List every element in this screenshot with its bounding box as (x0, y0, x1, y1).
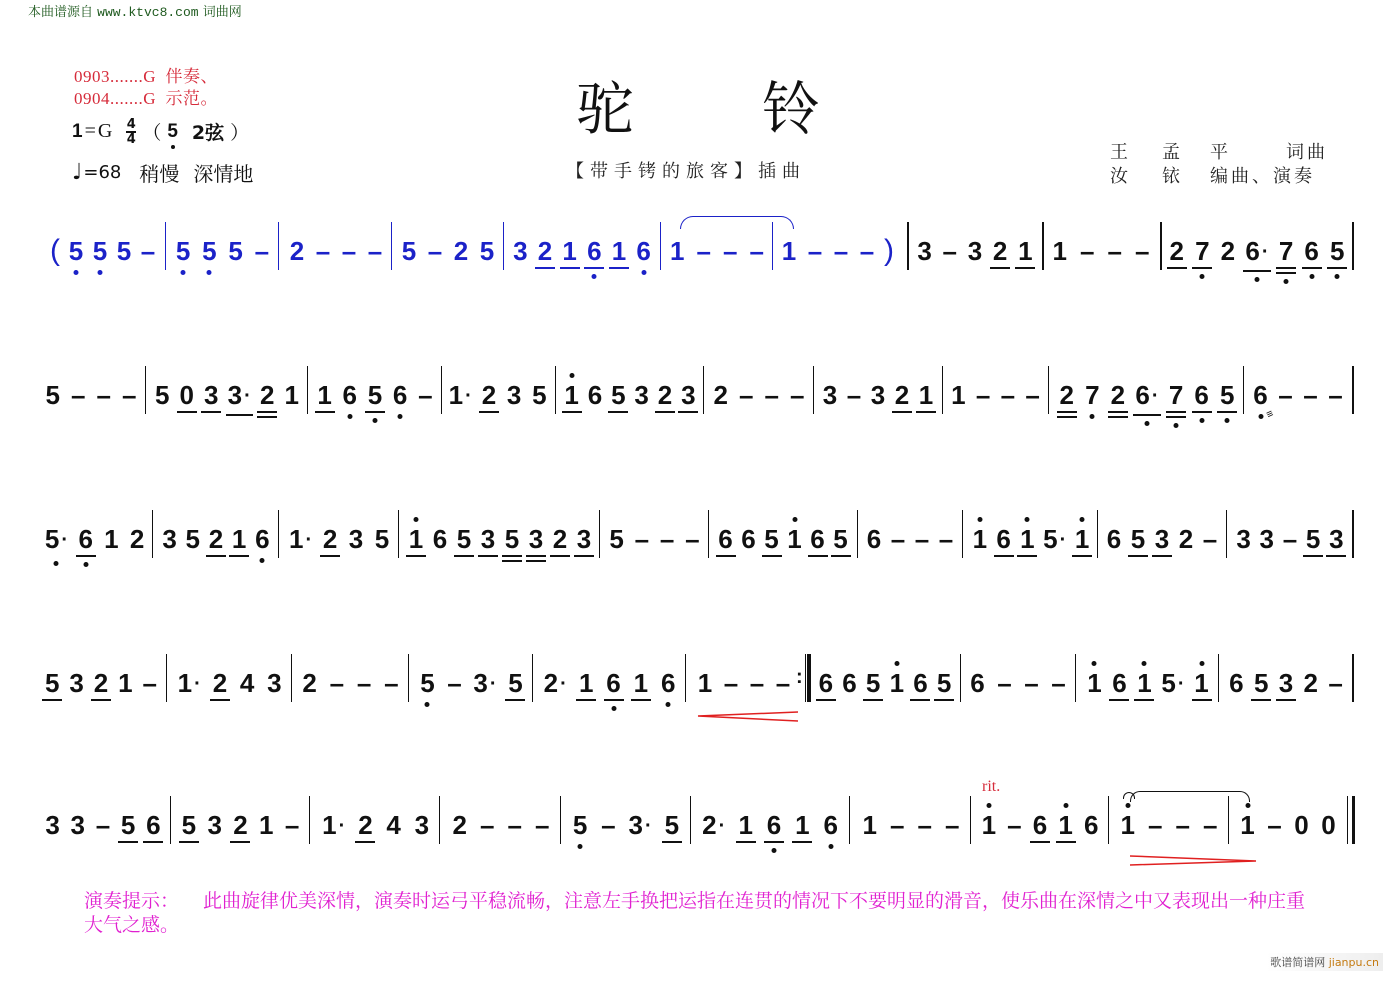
measure: 33–53 (1232, 524, 1348, 554)
underline-eighth (201, 411, 221, 413)
low-octave-dot (347, 414, 352, 419)
dash-extension: – (142, 668, 158, 698)
note: 3 (207, 810, 223, 840)
low-octave-dot (1254, 277, 1259, 282)
note: 6 (996, 524, 1012, 554)
low-octave-dot (54, 561, 59, 566)
measure: 1–616 (976, 810, 1104, 840)
note: 1 (972, 524, 988, 554)
low-octave-dot (74, 270, 79, 275)
augmentation-dot: · (194, 673, 201, 695)
note: 6 (841, 668, 857, 698)
watermark-name: 歌谱简谱网 (1270, 956, 1325, 969)
tempo-expression-2: 深情地 (193, 158, 253, 187)
barline (1048, 366, 1049, 414)
underline-sixteenth (1276, 272, 1296, 274)
dash-extension: – (696, 236, 712, 266)
measure: 555– (64, 236, 160, 266)
underline-eighth (355, 841, 375, 843)
note: 3 (1236, 524, 1252, 554)
note: 6 (970, 668, 986, 698)
dash-extension: – (1107, 236, 1123, 266)
source-attribution: 本曲谱源自 www.ktvc8.com 词曲网 (28, 1, 242, 20)
dash-extension: – (70, 380, 86, 410)
source-url[interactable]: www.ktvc8.com (97, 5, 198, 20)
tuning-open: （ (142, 118, 161, 145)
note: 2 (1110, 380, 1126, 410)
barline (1097, 510, 1098, 558)
high-octave-dot (894, 661, 899, 666)
underline-sixteenth (1108, 416, 1128, 418)
underline-eighth (91, 699, 111, 701)
underline-eighth (994, 555, 1014, 557)
note: 2· (544, 668, 567, 701)
underline-eighth (792, 841, 812, 843)
barline (408, 654, 409, 702)
note: 2 (894, 380, 910, 410)
note: 3 (45, 810, 61, 840)
note: 5 (228, 236, 244, 266)
measure: 35216 (158, 524, 274, 554)
page-title-char-1: 驼 (576, 62, 634, 146)
time-top: 4 (127, 118, 136, 131)
note: 1 (1052, 236, 1068, 266)
measure: 1––– (692, 668, 796, 698)
note: 3 (506, 380, 522, 410)
score-row: 555–555–2–––5–253216161–––1–––3–3211–––2… (0, 236, 1391, 316)
dash-extension: – (1267, 810, 1283, 840)
note: 1 (787, 524, 803, 554)
underline-eighth (1030, 841, 1050, 843)
note: 6 (823, 810, 839, 840)
barline (690, 796, 691, 844)
underline-eighth (550, 555, 570, 557)
low-octave-dot (1335, 274, 1340, 279)
measure: 6––– (862, 524, 958, 554)
note: 6 (741, 524, 757, 554)
measure: 2·1616 (696, 810, 845, 843)
tuning-high-string: 2弦 (192, 118, 224, 145)
note: 1 (738, 810, 754, 840)
high-octave-dot (1142, 661, 1147, 666)
high-octave-dot (1063, 803, 1068, 808)
underline-eighth (560, 267, 580, 269)
note: 5 (610, 380, 626, 410)
key-equals: = (85, 120, 96, 143)
low-octave-dot (578, 844, 583, 849)
underline-eighth (1108, 411, 1128, 413)
dash-extension: – (775, 668, 791, 698)
low-octave-dot (1090, 414, 1095, 419)
underline-eighth (320, 555, 340, 557)
barline (960, 654, 961, 702)
note: 2 (452, 810, 468, 840)
low-octave-dot (398, 414, 403, 419)
note: 5 (201, 236, 217, 266)
underline-eighth (315, 411, 335, 413)
barline (907, 222, 909, 270)
underline-eighth (230, 841, 250, 843)
measure: 2726·765 (1164, 236, 1350, 269)
underline-eighth (229, 555, 249, 557)
arranger-name-1: 汝 (1110, 162, 1128, 188)
note: 3 (528, 524, 544, 554)
underline-eighth (1015, 267, 1035, 269)
underline-eighth (604, 699, 624, 701)
high-octave-dot (1125, 803, 1130, 808)
watermark-domain[interactable]: jianpu.cn (1329, 956, 1379, 969)
note: 1 (1194, 668, 1210, 698)
lyricist-role: 词曲 (1286, 138, 1328, 164)
note: 5 (833, 524, 849, 554)
note: 1 (918, 380, 934, 410)
underline-eighth (716, 555, 736, 557)
low-octave-dot (1284, 279, 1289, 284)
low-octave-dot (666, 702, 671, 707)
underline-eighth (406, 555, 426, 557)
tuning-close: ） (230, 118, 249, 145)
underline-eighth (143, 841, 163, 843)
note: 1 (1019, 524, 1035, 554)
measure: 1––– (856, 810, 966, 840)
underline-eighth (892, 411, 912, 413)
note: 4 (386, 810, 402, 840)
note: 5 (175, 236, 191, 266)
measure: 6532– (1224, 668, 1348, 698)
low-octave-dot (1144, 421, 1149, 426)
dash-extension: – (367, 236, 383, 266)
note: 2 (537, 236, 553, 266)
note: 2 (322, 524, 338, 554)
underline-eighth (562, 411, 582, 413)
dash-extension: – (1051, 668, 1067, 698)
note: 5 (154, 380, 170, 410)
note: 5· (45, 524, 68, 557)
note: 2 (357, 810, 373, 840)
note: 5 (419, 668, 435, 698)
dash-extension: – (684, 524, 700, 554)
augmentation-dot: · (560, 673, 567, 695)
barline (503, 222, 504, 270)
note: 0 (1294, 810, 1310, 840)
score-row: :5321–1·2432–––5–3·52·16161–––6651656–––… (0, 668, 1391, 748)
note: 2 (1303, 668, 1319, 698)
barline (1075, 654, 1076, 702)
augmentation-dot: · (1060, 529, 1067, 551)
note: 0 (179, 380, 195, 410)
note: 2 (481, 380, 497, 410)
underline-eighth (1109, 699, 1129, 701)
note: 6 (718, 524, 734, 554)
augmentation-dot: · (305, 529, 312, 551)
note: 3 (634, 380, 650, 410)
dash-extension: – (749, 668, 765, 698)
note: 3 (680, 380, 696, 410)
note: 4 (239, 668, 255, 698)
note: 2 (992, 236, 1008, 266)
note: 5 (1130, 524, 1146, 554)
note: 5 (44, 668, 60, 698)
dash-extension: – (427, 236, 443, 266)
underline-eighth (916, 411, 936, 413)
augmentation-dot: · (1178, 673, 1185, 695)
measure: 2––– (708, 380, 810, 410)
underline-eighth (1192, 699, 1212, 701)
note: 5 (572, 810, 588, 840)
dash-extension: – (833, 236, 849, 266)
note: 2 (1220, 236, 1236, 266)
note: 5 (181, 810, 197, 840)
measure: 5–3·5 (414, 668, 529, 701)
underline-eighth (831, 555, 851, 557)
underline-eighth (365, 411, 385, 413)
score-row: 33–565321–1·2432–––5–3·52·16161–––1–6161… (0, 810, 1391, 890)
dash-extension: – (383, 668, 399, 698)
measure: 2––– (284, 236, 388, 266)
underline-eighth (631, 699, 651, 701)
note: 5 (401, 236, 417, 266)
note: 6 (866, 524, 882, 554)
barline (391, 222, 392, 270)
underline-eighth (584, 267, 604, 269)
barline (1243, 366, 1244, 414)
measure: 5321– (40, 668, 162, 698)
note: 1· (449, 380, 472, 413)
note: 6 (254, 524, 270, 554)
barline (307, 366, 308, 414)
underline-eighth (42, 699, 62, 701)
underline-eighth (1251, 699, 1271, 701)
dash-extension: – (284, 810, 300, 840)
note: 2 (212, 668, 228, 698)
measure: 5–25 (396, 236, 500, 266)
high-octave-dot (1245, 803, 1250, 808)
dash-extension: – (634, 524, 650, 554)
repeat-barline-thin (805, 654, 806, 702)
barline (166, 654, 167, 702)
dash-extension: – (254, 236, 270, 266)
note: 6 (912, 668, 928, 698)
barline (772, 222, 773, 270)
dash-extension: – (1024, 668, 1040, 698)
repeat-end-sign: : (796, 666, 803, 689)
barline (1352, 510, 1354, 558)
note: 1 (1086, 668, 1102, 698)
note: 5 (1305, 524, 1321, 554)
note: 6· (1245, 236, 1268, 269)
dash-extension: – (329, 668, 345, 698)
low-octave-dot (260, 558, 265, 563)
underline-eighth (762, 555, 782, 557)
note: 5 (609, 524, 625, 554)
hint-text: 此曲旋律优美深情，演奏时运弓平稳流畅，注意左手换把运指在连贯的情况下不要明显的滑… (84, 890, 1305, 936)
augmentation-dot: · (465, 385, 472, 407)
note: 5· (1161, 668, 1184, 701)
barline (1352, 654, 1354, 702)
note: 3 (1154, 524, 1170, 554)
note: 6 (1111, 668, 1127, 698)
underline-eighth (764, 841, 784, 843)
note: 1· (322, 810, 345, 843)
note: 1 (781, 236, 797, 266)
underline-eighth (1276, 267, 1296, 269)
underline-eighth (1072, 555, 1092, 557)
note: 6 (1304, 236, 1320, 266)
measure: 1––– (1114, 810, 1224, 840)
arranger-name-2: 铱 (1162, 162, 1180, 188)
augmentation-dot: · (1152, 385, 1159, 407)
note: 1 (117, 668, 133, 698)
note: 5 (664, 810, 680, 840)
note: 3 (870, 380, 886, 410)
underline-eighth (478, 555, 498, 557)
underline-eighth (863, 699, 883, 701)
underline-eighth (1017, 555, 1037, 557)
barline (660, 222, 661, 270)
note: 5 (865, 668, 881, 698)
low-octave-dot (1200, 274, 1205, 279)
barline (708, 510, 709, 558)
measure: 1615·1 (1082, 668, 1214, 701)
note: 6 (587, 380, 603, 410)
underline-eighth (177, 411, 197, 413)
measure: 5––– (40, 380, 142, 410)
dash-extension: – (356, 668, 372, 698)
note: 2 (1169, 236, 1185, 266)
note: 1· (178, 668, 201, 701)
note: 3 (967, 236, 983, 266)
note: 1 (317, 380, 333, 410)
high-octave-dot (792, 517, 797, 522)
barline (441, 366, 442, 414)
note: 6 (810, 524, 826, 554)
underline-eighth (816, 699, 836, 701)
note: 5 (764, 524, 780, 554)
note: 6 (818, 668, 834, 698)
key-tonic: 1 (72, 121, 83, 143)
augmentation-dot: · (244, 385, 251, 407)
barline (560, 796, 561, 844)
note: 1 (1136, 668, 1152, 698)
note: 5 (185, 524, 201, 554)
measure: 1·235 (284, 524, 395, 557)
measure: 1615·1 (968, 524, 1094, 557)
note: 5 (1219, 380, 1235, 410)
high-octave-dot (1025, 517, 1030, 522)
note: 3 (70, 810, 86, 840)
dash-extension: – (507, 810, 523, 840)
underline-eighth (1327, 267, 1347, 269)
dash-extension: – (889, 810, 905, 840)
note: 3 (1278, 668, 1294, 698)
note: 5 (936, 668, 952, 698)
underline-eighth (808, 555, 828, 557)
measure: 1–00 (1234, 810, 1342, 840)
measure: 6532– (1102, 524, 1222, 554)
note: 2 (208, 524, 224, 554)
barline (309, 796, 310, 844)
note: 6 (1032, 810, 1048, 840)
underline-eighth (574, 555, 594, 557)
low-octave-dot (1199, 418, 1204, 423)
intro-open-paren: ( (50, 234, 60, 268)
note: 3· (228, 380, 251, 413)
note: 2 (289, 236, 305, 266)
dash-extension: – (942, 236, 958, 266)
augmentation-dot: · (490, 673, 497, 695)
note: 6 (392, 380, 408, 410)
note: 1 (258, 810, 274, 840)
note: 3 (917, 236, 933, 266)
dash-extension: – (96, 380, 112, 410)
high-octave-dot (1080, 517, 1085, 522)
low-octave-dot (641, 270, 646, 275)
underline-eighth (206, 555, 226, 557)
measure: 1––– (664, 236, 770, 266)
underline-eighth (76, 555, 96, 557)
note: 1 (1240, 810, 1256, 840)
high-octave-dot (1199, 661, 1204, 666)
barline (1352, 796, 1355, 844)
measure: 665165 (714, 524, 852, 554)
low-octave-dot (1309, 274, 1314, 279)
note: 6≡ (1253, 380, 1269, 410)
dash-extension: – (723, 668, 739, 698)
page-title-char-2: 铃 (762, 62, 820, 146)
measure: 5·612 (40, 524, 150, 557)
underline-eighth (1243, 270, 1270, 272)
measure: 2––– (446, 810, 556, 840)
barline (1108, 796, 1109, 844)
barline (599, 510, 600, 558)
note: 5 (456, 524, 472, 554)
note: 6 (78, 524, 94, 554)
underline-sixteenth (526, 560, 546, 562)
dash-extension: – (1134, 236, 1150, 266)
underline-eighth (1056, 841, 1076, 843)
underline-eighth (678, 411, 698, 413)
time-bottom: 4 (127, 133, 136, 146)
dash-extension: – (1202, 524, 1218, 554)
note: 7 (1084, 380, 1100, 410)
note: 6 (660, 668, 676, 698)
note: 1 (950, 380, 966, 410)
dash-extension: – (789, 380, 805, 410)
underline-eighth (1302, 267, 1322, 269)
underline-sixteenth (1166, 416, 1186, 418)
lyricist-name-2: 孟 (1162, 138, 1180, 164)
note: 1 (564, 380, 580, 410)
underline-eighth (1057, 411, 1077, 413)
high-octave-dot (414, 517, 419, 522)
measure: 5––– (604, 524, 705, 554)
subtitle: 【带手铐的旅客】插曲 (566, 157, 806, 183)
note: 5 (374, 524, 390, 554)
note: 5 (116, 236, 132, 266)
note: 6 (1106, 524, 1122, 554)
repeat-barline-thick (808, 654, 811, 702)
barline (145, 366, 146, 414)
dash-extension: – (534, 810, 550, 840)
underline-eighth (1192, 267, 1212, 269)
underline-eighth (479, 411, 499, 413)
performance-hint: 演奏提示：此曲旋律优美深情，演奏时运弓平稳流畅，注意左手换把运指在连贯的情况下不… (84, 889, 1314, 937)
underline-eighth (1166, 411, 1186, 413)
note: 1 (562, 236, 578, 266)
barline (1352, 366, 1354, 414)
measure: 6––– (964, 668, 1072, 698)
note: 1 (794, 810, 810, 840)
